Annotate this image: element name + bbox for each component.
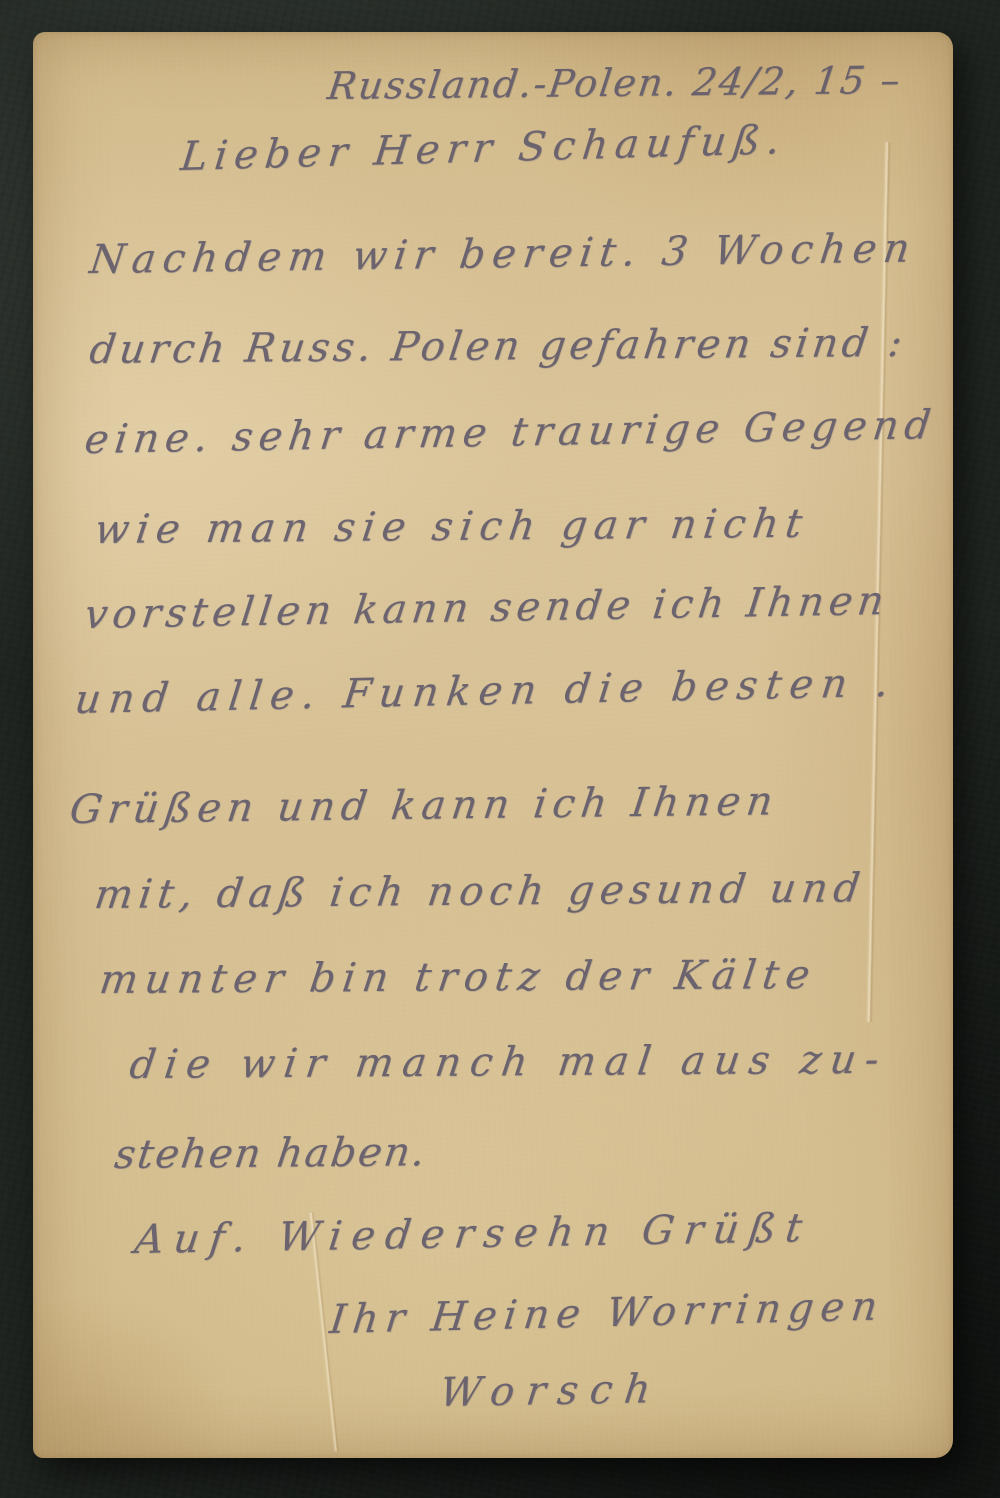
dateline: Russland.-Polen. 24/2, 15 –	[325, 58, 904, 108]
postcard: Russland.-Polen. 24/2, 15 – Lieber Herr …	[33, 32, 953, 1458]
handwriting-line: und alle. Funken die besten .	[72, 660, 899, 723]
closing-line: Auf. Wiedersehn Grüßt	[132, 1205, 814, 1263]
handwriting-line: Nachdem wir bereit. 3 Wochen	[87, 225, 919, 283]
handwriting-line: durch Russ. Polen gefahren sind :	[87, 320, 909, 373]
handwriting-line: Grüßen und kann ich Ihnen	[67, 778, 781, 833]
signature-place: Worsch	[437, 1366, 665, 1416]
handwriting-line: mit, daß ich noch gesund und	[92, 865, 868, 918]
handwriting-line: stehen haben.	[112, 1129, 430, 1178]
handwriting-line: die wir manch mal aus zu-	[127, 1037, 891, 1088]
handwriting-line: vorstellen kann sende ich Ihnen	[82, 578, 891, 638]
photo-background: Russland.-Polen. 24/2, 15 – Lieber Herr …	[0, 0, 1000, 1498]
salutation: Lieber Herr Schaufuß.	[178, 117, 789, 180]
signature-line: Ihr Heine Worringen	[327, 1283, 886, 1343]
handwriting-line: munter bin trotz der Kälte	[97, 952, 820, 1003]
handwriting-line: wie man sie sich gar nicht	[92, 501, 812, 553]
handwriting-line: eine. sehr arme traurige Gegend	[82, 402, 939, 463]
